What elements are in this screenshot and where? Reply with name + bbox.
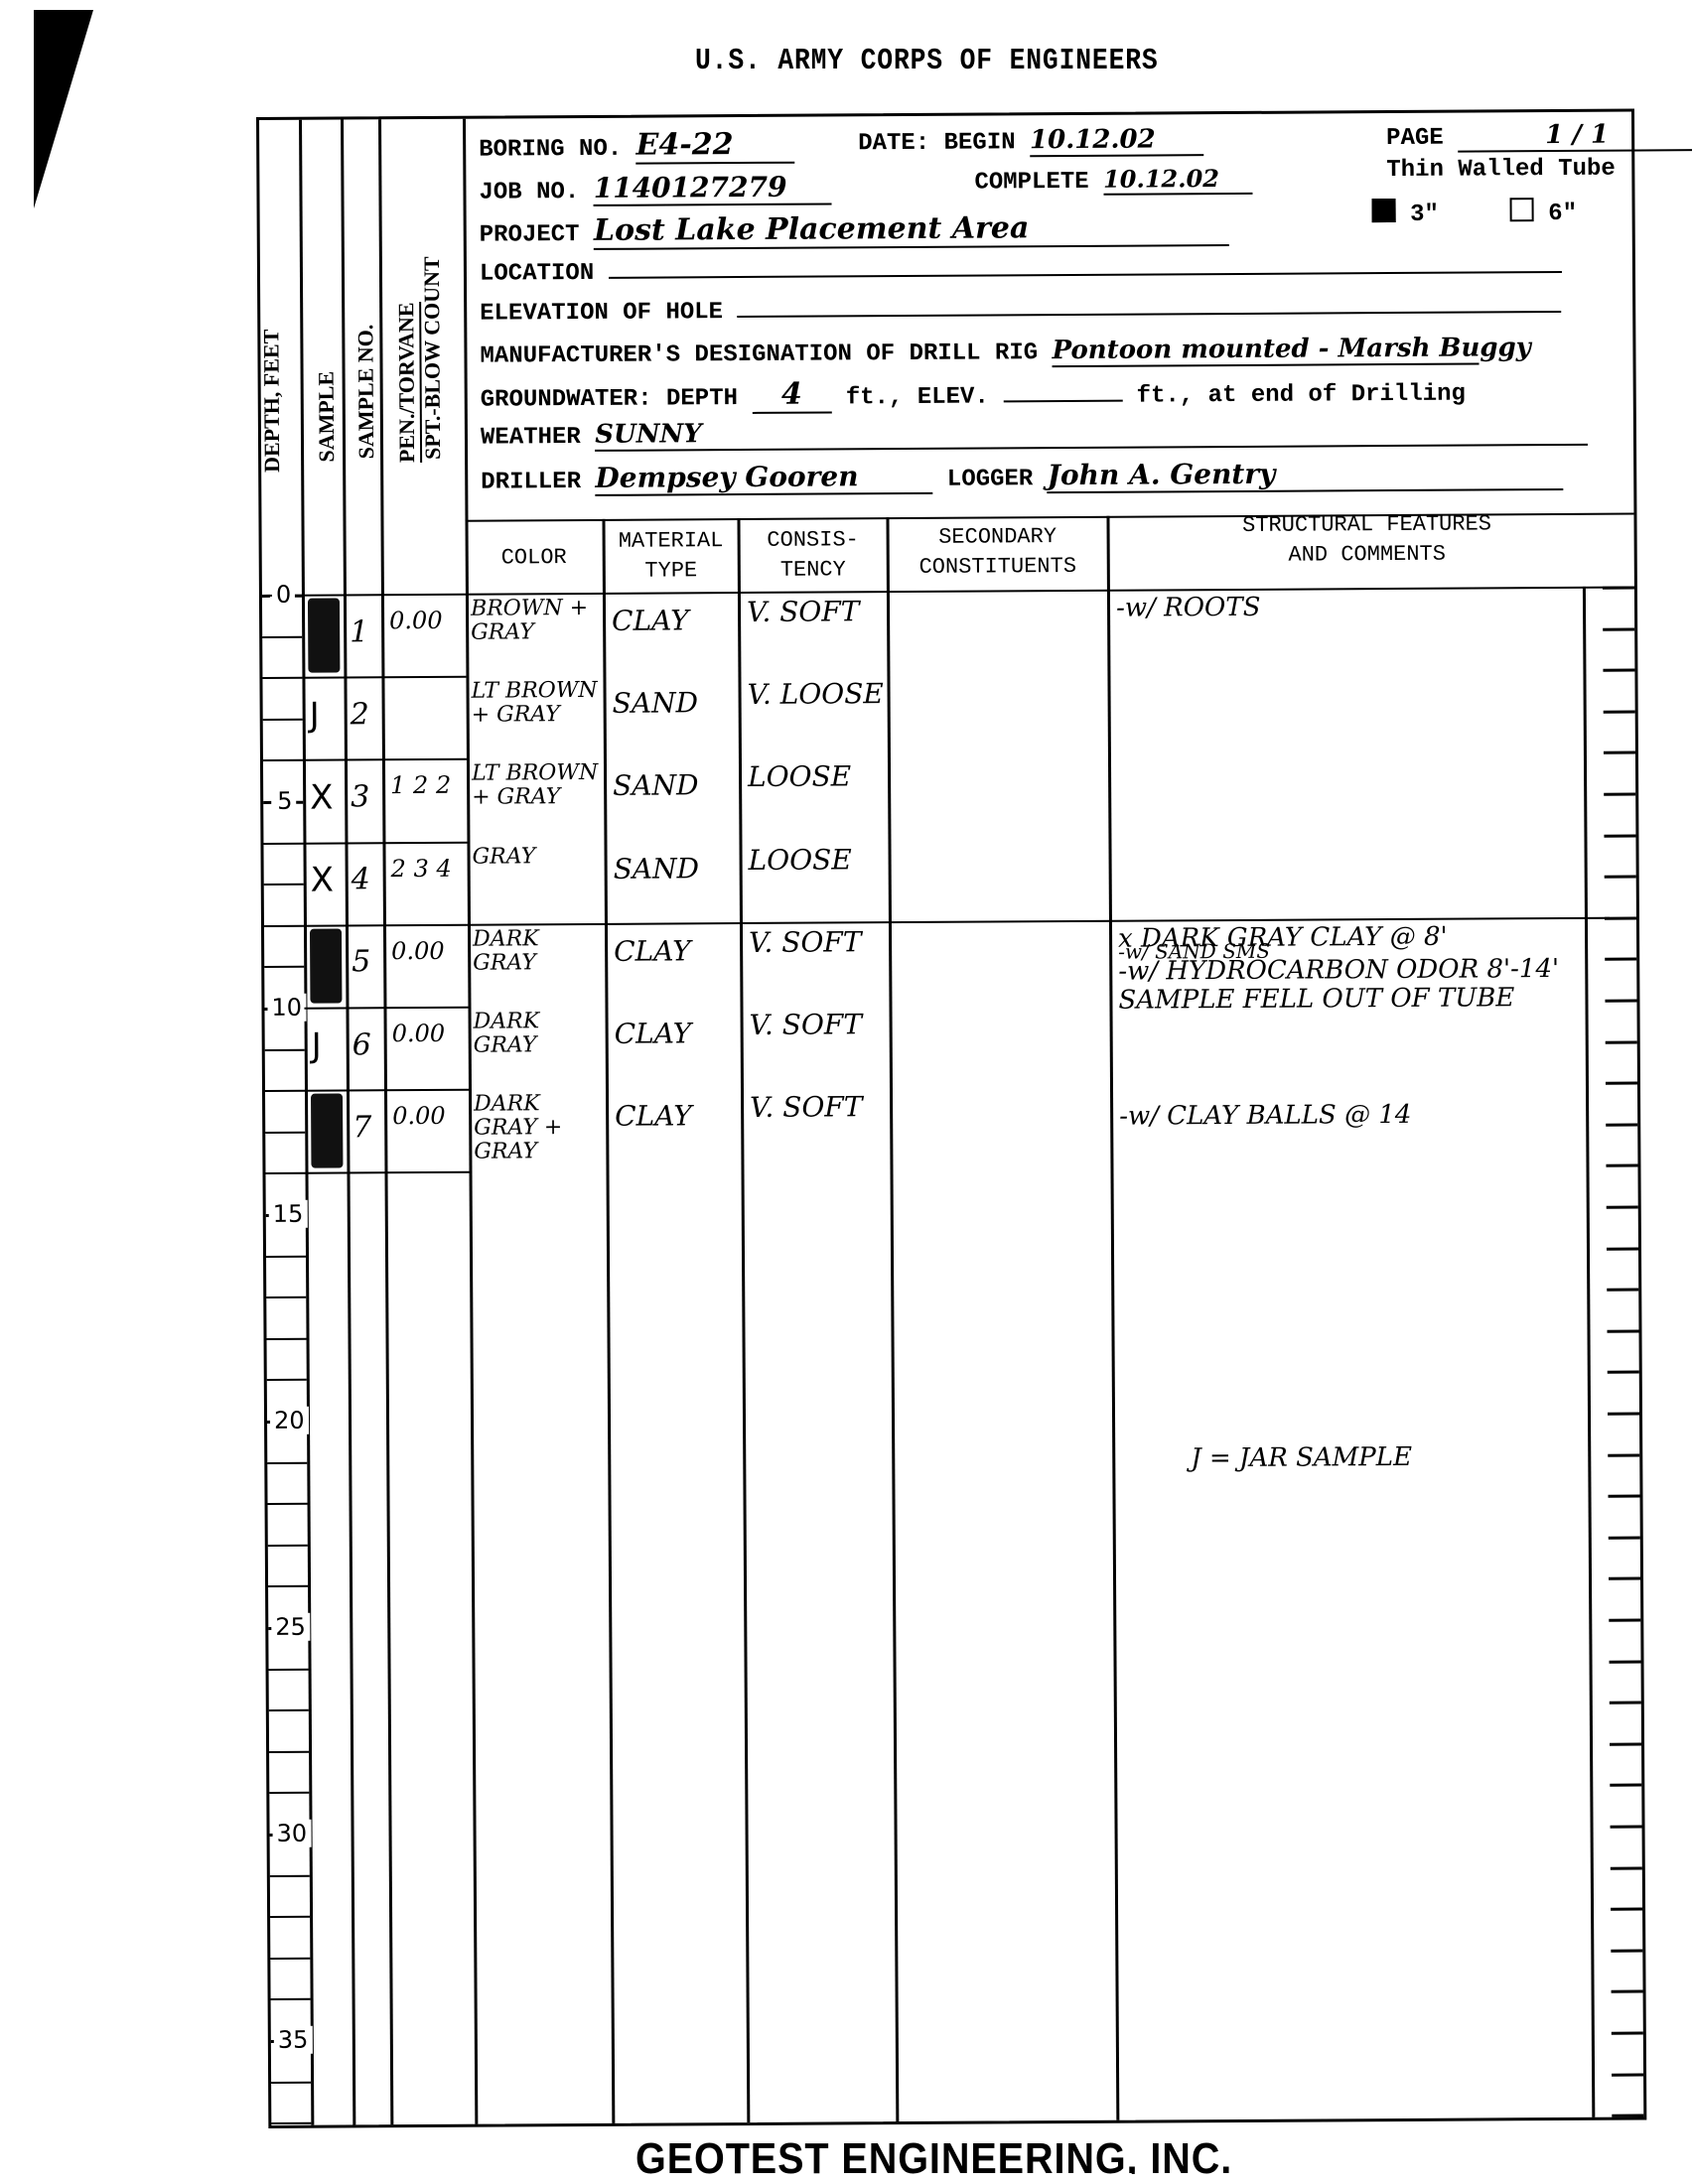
- complete-date-value: 10.12.02: [1103, 164, 1252, 196]
- depth-tick: [265, 1090, 305, 1092]
- boring-no-value: E4-22: [636, 127, 795, 165]
- scale-tick: [1603, 627, 1634, 630]
- depth-tick: [271, 1998, 311, 2000]
- depth-tick: [270, 1916, 310, 1918]
- scale-tick: [1604, 793, 1635, 796]
- groundwater-label: GROUNDWATER: DEPTH: [481, 385, 738, 414]
- scale-tick: [1612, 2032, 1643, 2035]
- log-body: 0510152025303510.00BROWN + GRAYCLAYV. SO…: [262, 587, 1643, 2125]
- depth-label-30: 30: [272, 1820, 311, 1847]
- tube-6in-checkbox[interactable]: [1510, 198, 1534, 221]
- header-block: BORING NO. E4-22 DATE: BEGIN 10.12.02 PA…: [473, 112, 1633, 506]
- consistency-value: V. SOFT: [749, 927, 862, 958]
- scale-tick: [1604, 710, 1635, 713]
- scale-tick: [1609, 1577, 1640, 1580]
- sample-no: 7: [352, 1113, 371, 1143]
- pen-torvane-value: 1 2 2: [390, 770, 451, 800]
- depth-major-tick: [262, 595, 270, 598]
- driller-value: Dempsey Gooren: [595, 460, 932, 496]
- depth-tick: [264, 884, 304, 886]
- complete-label: COMPLETE: [974, 169, 1088, 197]
- pen-torvane-value: 0.00: [392, 1101, 446, 1131]
- depth-label-10: 10: [267, 994, 306, 1022]
- scale-tick: [1606, 1082, 1637, 1085]
- depth-tick: [269, 1792, 309, 1794]
- sample-no: 1: [350, 617, 368, 647]
- depth-tick: [268, 1503, 308, 1505]
- color-value: GRAY: [472, 844, 605, 869]
- depth-tick: [262, 635, 302, 637]
- depth-label-35: 35: [274, 2026, 313, 2054]
- depth-tick: [262, 677, 302, 679]
- depth-major-tick: [263, 801, 271, 804]
- job-no-label: JOB NO.: [479, 179, 579, 206]
- depth-tick: [265, 1048, 305, 1050]
- material-value: CLAY: [612, 606, 689, 635]
- depth-label-0: 0: [272, 581, 295, 609]
- depth-label-25: 25: [271, 1613, 310, 1641]
- scale-tick: [1610, 1742, 1641, 1745]
- depth-tick: [266, 1255, 306, 1257]
- scale-tick: [1608, 1453, 1639, 1456]
- scale-tick: [1609, 1536, 1640, 1539]
- job-no-value: 1140127279: [594, 170, 832, 205]
- sample-no: 3: [351, 782, 369, 812]
- scale-tick: [1605, 876, 1636, 879]
- sample-no: 5: [352, 948, 370, 978]
- scale-tick: [1603, 587, 1634, 590]
- thin-walled-tube-label: Thin Walled Tube: [1386, 156, 1616, 184]
- depth-tick: [268, 1585, 308, 1587]
- company-footer: GEOTEST ENGINEERING, INC.: [635, 2134, 1232, 2174]
- tube-6in-label: 6": [1548, 201, 1577, 227]
- project-value: Lost Lake Placement Area: [594, 209, 1229, 250]
- col-sample: SAMPLE: [314, 371, 341, 463]
- depth-tick: [270, 1874, 310, 1876]
- scale-tick: [1603, 669, 1634, 672]
- color-value: LT BROWN + GRAY: [472, 761, 605, 810]
- color-value: BROWN + GRAY: [471, 597, 604, 645]
- groundwater-end-label: ft., at end of Drilling: [1137, 381, 1466, 410]
- scale-tick: [1606, 1164, 1637, 1167]
- boring-log-form: DEPTH, FEET SAMPLE SAMPLE NO. PEN./TORVA…: [256, 109, 1646, 2128]
- depth-tick: [266, 1297, 306, 1298]
- logger-value: John A. Gentry: [1048, 456, 1564, 493]
- col-sample-no: SAMPLE NO.: [352, 325, 379, 460]
- drill-rig-value: Pontoon mounted - Marsh Buggy: [1052, 333, 1479, 367]
- scale-tick: [1610, 1660, 1641, 1663]
- tube-3in-checkbox[interactable]: [1372, 199, 1396, 222]
- depth-tick: [271, 2122, 311, 2124]
- material-value: SAND: [613, 688, 699, 719]
- scale-tick: [1612, 2073, 1643, 2076]
- comment: -w/ HYDROCARBON ODOR 8'-14': [1118, 954, 1559, 987]
- scale-tick: [1611, 1949, 1642, 1952]
- consistency-value: V. SOFT: [747, 597, 860, 627]
- weather-value: SUNNY: [595, 414, 1588, 452]
- depth-tick: [267, 1338, 307, 1340]
- scale-tick: [1610, 1702, 1641, 1705]
- project-label: PROJECT: [480, 221, 580, 249]
- sample-type-mark: J: [310, 700, 320, 730]
- scale-tick: [1607, 1289, 1638, 1292]
- depth-tick: [269, 1668, 309, 1670]
- pen-torvane-value: 0.00: [392, 1019, 446, 1048]
- location-label: LOCATION: [480, 260, 594, 288]
- scale-tick: [1607, 1206, 1638, 1209]
- depth-tick: [270, 1957, 310, 1959]
- sample-row-divider: [305, 1089, 469, 1092]
- material-value: CLAY: [614, 936, 691, 966]
- depth-tick: [263, 719, 303, 721]
- sample-row-divider: [303, 841, 467, 844]
- depth-label-5: 5: [273, 787, 296, 815]
- material-value: SAND: [614, 854, 700, 885]
- sample-row-divider: [303, 758, 467, 761]
- consistency-value: V. LOOSE: [747, 679, 883, 710]
- scale-tick: [1605, 958, 1636, 961]
- groundwater-depth-value: 4: [752, 376, 831, 413]
- sample-row-divider: [305, 1171, 469, 1174]
- scale-tick: [1604, 834, 1635, 837]
- page-label: PAGE: [1386, 125, 1444, 152]
- depth-tick: [264, 925, 304, 927]
- boring-no-label: BORING NO.: [479, 136, 622, 164]
- sample-no: 2: [351, 700, 369, 730]
- depth-label-20: 20: [270, 1407, 309, 1434]
- col-structural-comments: STRUCTURAL FEATURESAND COMMENTS: [1108, 509, 1624, 572]
- col-secondary-constituents: SECONDARYCONSTITUENTS: [889, 522, 1107, 583]
- elevation-value: [737, 291, 1561, 318]
- sample-type-mark: J: [312, 1030, 322, 1060]
- scale-tick: [1612, 1990, 1643, 1993]
- groundwater-elev-label: ft., ELEV.: [846, 383, 989, 411]
- scale-tick: [1606, 1123, 1637, 1126]
- col-color: COLOR: [466, 543, 603, 574]
- color-value: DARK GRAY: [473, 927, 606, 976]
- pen-torvane-value: 0.00: [391, 936, 445, 966]
- col-material-type: MATERIALTYPE: [605, 526, 738, 587]
- sample-row-divider: [304, 1007, 468, 1010]
- depth-tick: [268, 1545, 308, 1547]
- depth-tick: [265, 1172, 305, 1174]
- depth-tick: [269, 1709, 309, 1711]
- sample-type-mark: X: [310, 783, 333, 813]
- tube-sample-fill: [308, 598, 340, 672]
- depth-tick: [263, 759, 303, 761]
- consistency-value: V. SOFT: [750, 1092, 863, 1123]
- pen-torvane-value: 0.00: [389, 606, 443, 635]
- tube-3in-label: 3": [1410, 202, 1439, 228]
- material-value: SAND: [613, 771, 699, 802]
- comment: J = JAR SAMPLE: [1191, 1442, 1412, 1473]
- elevation-label: ELEVATION OF HOLE: [480, 299, 723, 327]
- scale-tick: [1604, 751, 1635, 754]
- depth-tick: [267, 1379, 307, 1381]
- sample-row-divider: [302, 676, 466, 679]
- color-value: LT BROWN + GRAY: [471, 679, 604, 728]
- depth-tick: [269, 1751, 309, 1753]
- consistency-value: V. SOFT: [750, 1010, 863, 1040]
- scale-tick: [1606, 1040, 1637, 1043]
- scale-tick: [1611, 1826, 1642, 1829]
- sample-row-divider: [304, 924, 468, 927]
- sample-type-mark: X: [311, 866, 334, 895]
- location-value: [608, 251, 1561, 279]
- tube-sample-fill: [311, 1094, 343, 1168]
- color-value: DARK GRAY + GRAY: [474, 1092, 607, 1164]
- material-value: CLAY: [615, 1019, 692, 1048]
- depth-tick: [267, 1461, 307, 1463]
- begin-date-value: 10.12.02: [1030, 124, 1203, 157]
- driller-label: DRILLER: [481, 469, 581, 496]
- comment: -w/ CLAY BALLS @ 14: [1119, 1100, 1411, 1132]
- page-value: 1 / 1: [1458, 119, 1692, 152]
- sample-no: 6: [352, 1030, 371, 1060]
- depth-tick: [264, 966, 304, 968]
- material-value: CLAY: [615, 1102, 692, 1132]
- depth-tick: [265, 1132, 305, 1134]
- color-value: DARK GRAY: [473, 1010, 606, 1058]
- col-depth-feet: DEPTH, FEET: [258, 330, 285, 473]
- comment: SAMPLE FELL OUT OF TUBE: [1118, 983, 1514, 1015]
- scale-tick: [1605, 1000, 1636, 1003]
- date-label: DATE:: [858, 130, 929, 157]
- groundwater-elev-value: [1003, 380, 1122, 403]
- begin-label: BEGIN: [944, 129, 1016, 156]
- tube-sample-fill: [310, 928, 342, 1003]
- weather-label: WEATHER: [481, 424, 581, 452]
- scan-artifact: [34, 10, 93, 208]
- scale-tick: [1608, 1413, 1639, 1416]
- sample-no: 4: [352, 866, 370, 895]
- depth-tick: [271, 2081, 311, 2083]
- col-consistency: CONSIS-TENCY: [740, 525, 887, 586]
- scale-tick: [1611, 1866, 1642, 1869]
- agency-title: U.S. ARMY CORPS OF ENGINEERS: [695, 44, 1159, 78]
- scale-tick: [1611, 1908, 1642, 1911]
- scale-tick: [1607, 1247, 1638, 1250]
- pen-torvane-value: 2 3 4: [391, 853, 452, 883]
- col-spt-blow-count: SPT.-BLOW COUNT: [419, 256, 446, 460]
- consistency-value: LOOSE: [748, 762, 851, 793]
- scale-tick: [1609, 1495, 1640, 1498]
- depth-tick: [263, 842, 303, 844]
- depth-label-15: 15: [269, 1200, 308, 1228]
- scale-tick: [1609, 1619, 1640, 1622]
- scale-tick: [1607, 1329, 1638, 1332]
- drill-rig-label: MANUFACTURER'S DESIGNATION OF DRILL RIG: [480, 340, 1038, 369]
- scale-tick: [1610, 1784, 1641, 1787]
- col-pen-torvane: PEN./TORVANE: [393, 302, 422, 463]
- consistency-value: LOOSE: [748, 845, 851, 876]
- logger-label: LOGGER: [947, 466, 1034, 493]
- scale-tick: [1608, 1371, 1639, 1374]
- scale-tick: [1612, 2115, 1643, 2117]
- comment: -w/ ROOTS: [1116, 593, 1261, 623]
